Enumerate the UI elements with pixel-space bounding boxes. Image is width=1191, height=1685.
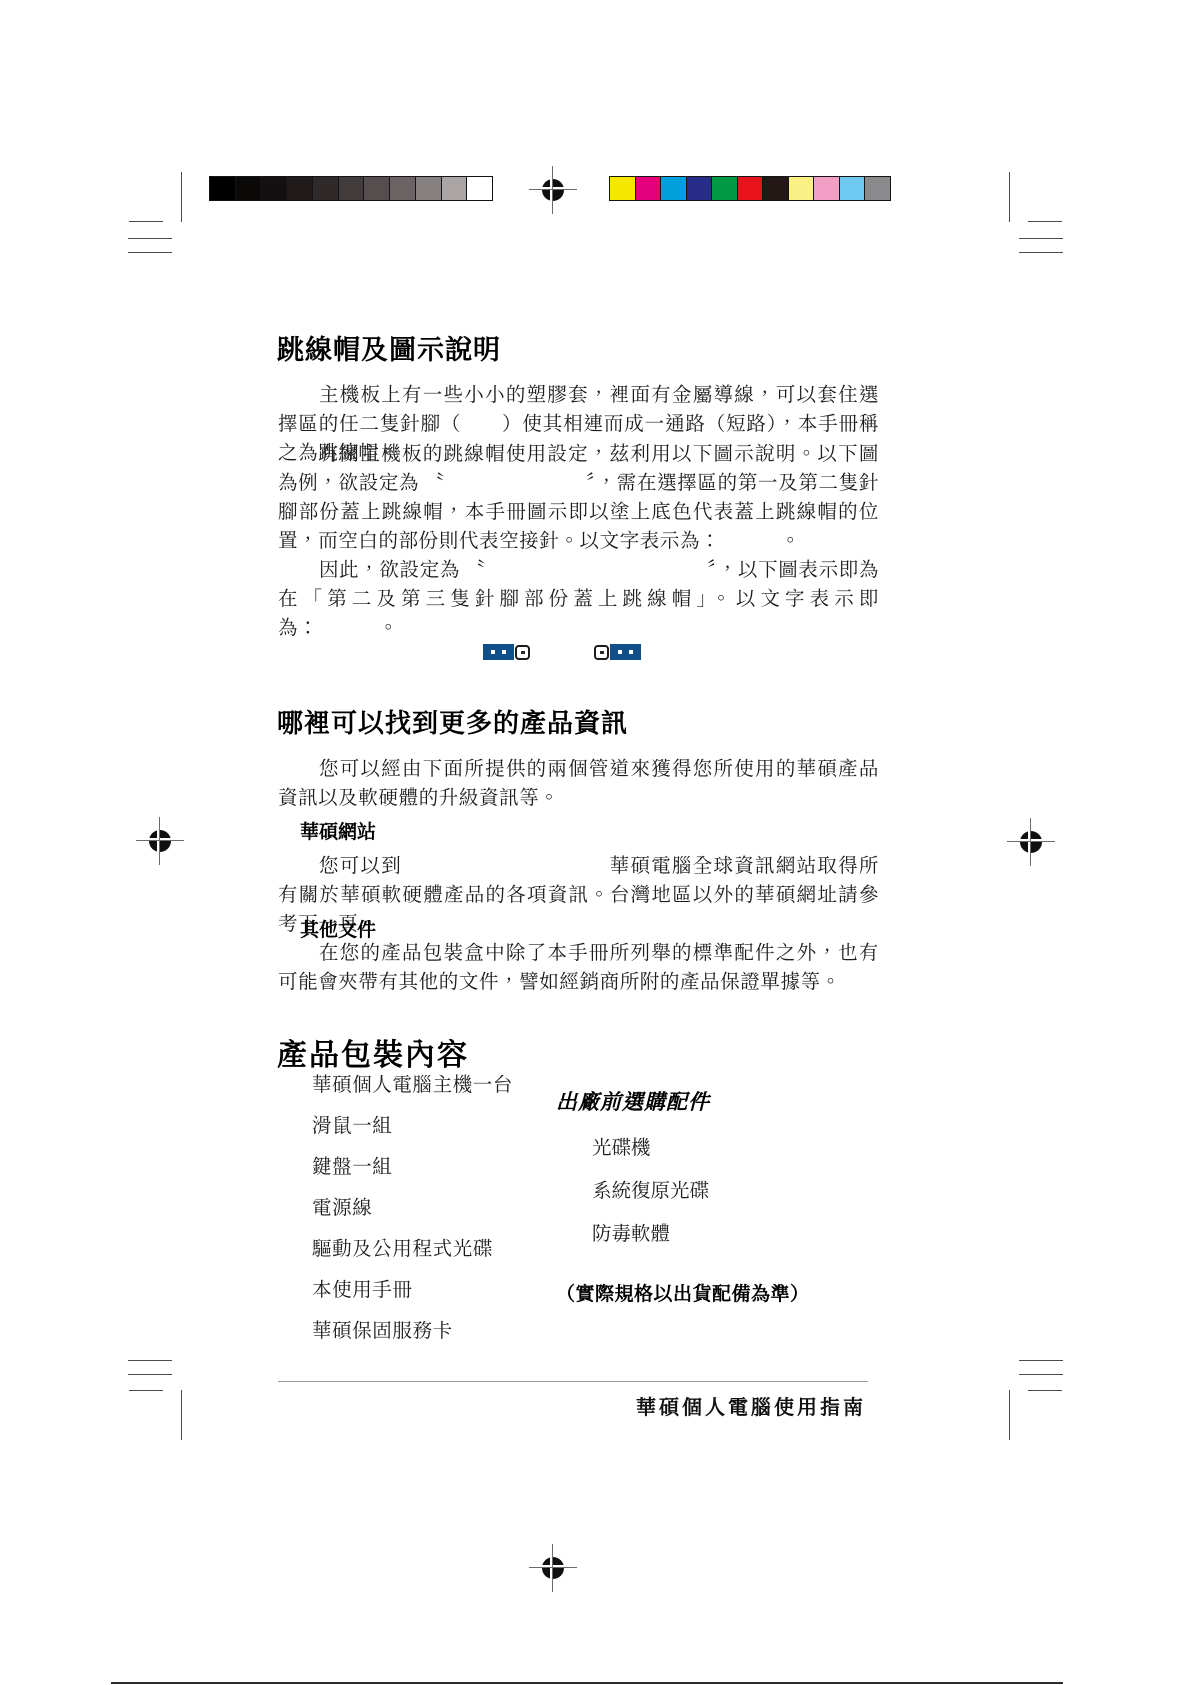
other-documents-paragraph: 在您的產品包裝盒中除了本手冊所列舉的標準配件之外，也有可能會夾帶有其他的文件，譬… [278,939,879,997]
crop-mark [1009,1390,1010,1440]
color-swatch [864,176,891,201]
list-item: 滑鼠一組 [312,1117,513,1137]
gray-swatch [209,176,236,201]
crop-mark [1019,238,1063,239]
jumper-pins-2-3-covered-icon [593,644,641,660]
section-title-more-info: 哪裡可以找到更多的產品資訊 [277,703,628,740]
registration-mark-left [136,817,184,865]
optional-items-column: 出廠前選購配件 光碟機 系統復原光碟 防毒軟體 （實際規格以出貨配備為準） [556,1086,810,1306]
color-swatch [762,176,789,201]
gray-swatch [466,176,493,201]
color-swatch [839,176,866,201]
section-title-package-contents: 產品包裝內容 [277,1030,469,1074]
gray-swatch [286,176,313,201]
list-item: 鍵盤一組 [312,1158,513,1178]
optional-items-title: 出廠前選購配件 [556,1086,810,1116]
crop-mark [1019,1374,1063,1375]
list-item: 華碩個人電腦主機一台 [312,1076,513,1096]
list-item: 電源線 [312,1199,513,1219]
crop-mark [1019,1360,1063,1361]
gray-swatch [235,176,262,201]
subsection-title-other-documents: 其他文件 [300,915,376,942]
gray-swatch [312,176,339,201]
list-item: 防毒軟體 [592,1225,810,1245]
list-item: 本使用手冊 [312,1281,513,1301]
list-item: 光碟機 [592,1139,810,1159]
color-swatch [609,176,636,201]
jumper-pins-1-2-covered-icon [483,644,531,660]
jumper-figures [483,644,641,660]
crop-mark [128,252,172,253]
jumper-paragraph-2: 有關主機板的跳線帽使用設定，茲利用以下圖示說明。以下圖為例，欲設定為 〝 〞，需… [278,440,879,556]
grayscale-calibration-bar [210,176,493,201]
color-swatch [737,176,764,201]
color-swatch [660,176,687,201]
crop-mark [1019,252,1063,253]
manual-page: 跳線帽及圖示說明 主機板上有一些小小的塑膠套，裡面有金屬導線，可以套住選擇區的任… [0,0,1191,1685]
subsection-title-asus-website: 華碩網站 [300,817,376,844]
crop-mark [128,238,172,239]
package-note: （實際規格以出貨配備為準） [556,1279,810,1306]
section-title-jumper: 跳線帽及圖示說明 [277,328,501,367]
gray-swatch [389,176,416,201]
list-item: 華碩保固服務卡 [312,1322,513,1342]
gray-swatch [338,176,365,201]
crop-mark [128,1374,172,1375]
crop-mark [181,1390,182,1440]
crop-mark [1009,172,1010,222]
registration-mark-bottom [529,1544,577,1592]
color-swatch [788,176,815,201]
gray-swatch [415,176,442,201]
standard-items-list: 華碩個人電腦主機一台 滑鼠一組 鍵盤一組 電源線 驅動及公用程式光碟 本使用手冊… [312,1076,513,1363]
color-swatch [813,176,840,201]
jumper-paragraph-3: 因此，欲設定為 〝 〞，以下圖表示即為在「第二及第三隻針腳部份蓋上跳線帽」。以文… [278,556,879,643]
crop-mark [1028,221,1062,222]
crop-mark [1028,1390,1062,1391]
gray-swatch [441,176,468,201]
gray-swatch [363,176,390,201]
registration-mark-top [529,166,577,214]
color-calibration-bar [610,176,891,201]
more-info-intro: 您可以經由下面所提供的兩個管道來獲得您所使用的華碩產品資訊以及軟硬體的升級資訊等… [278,755,879,813]
registration-mark-right [1007,818,1055,866]
list-item: 系統復原光碟 [592,1182,810,1202]
crop-mark [181,172,182,222]
gray-swatch [260,176,287,201]
list-item: 驅動及公用程式光碟 [312,1240,513,1260]
color-swatch [635,176,662,201]
page-edge-line [111,1682,1063,1684]
color-swatch [711,176,738,201]
color-swatch [686,176,713,201]
crop-mark [128,1360,172,1361]
crop-mark [129,1390,163,1391]
footer-rule [278,1381,868,1382]
crop-mark [129,221,163,222]
footer-book-title: 華碩個人電腦使用指南 [278,1391,866,1420]
